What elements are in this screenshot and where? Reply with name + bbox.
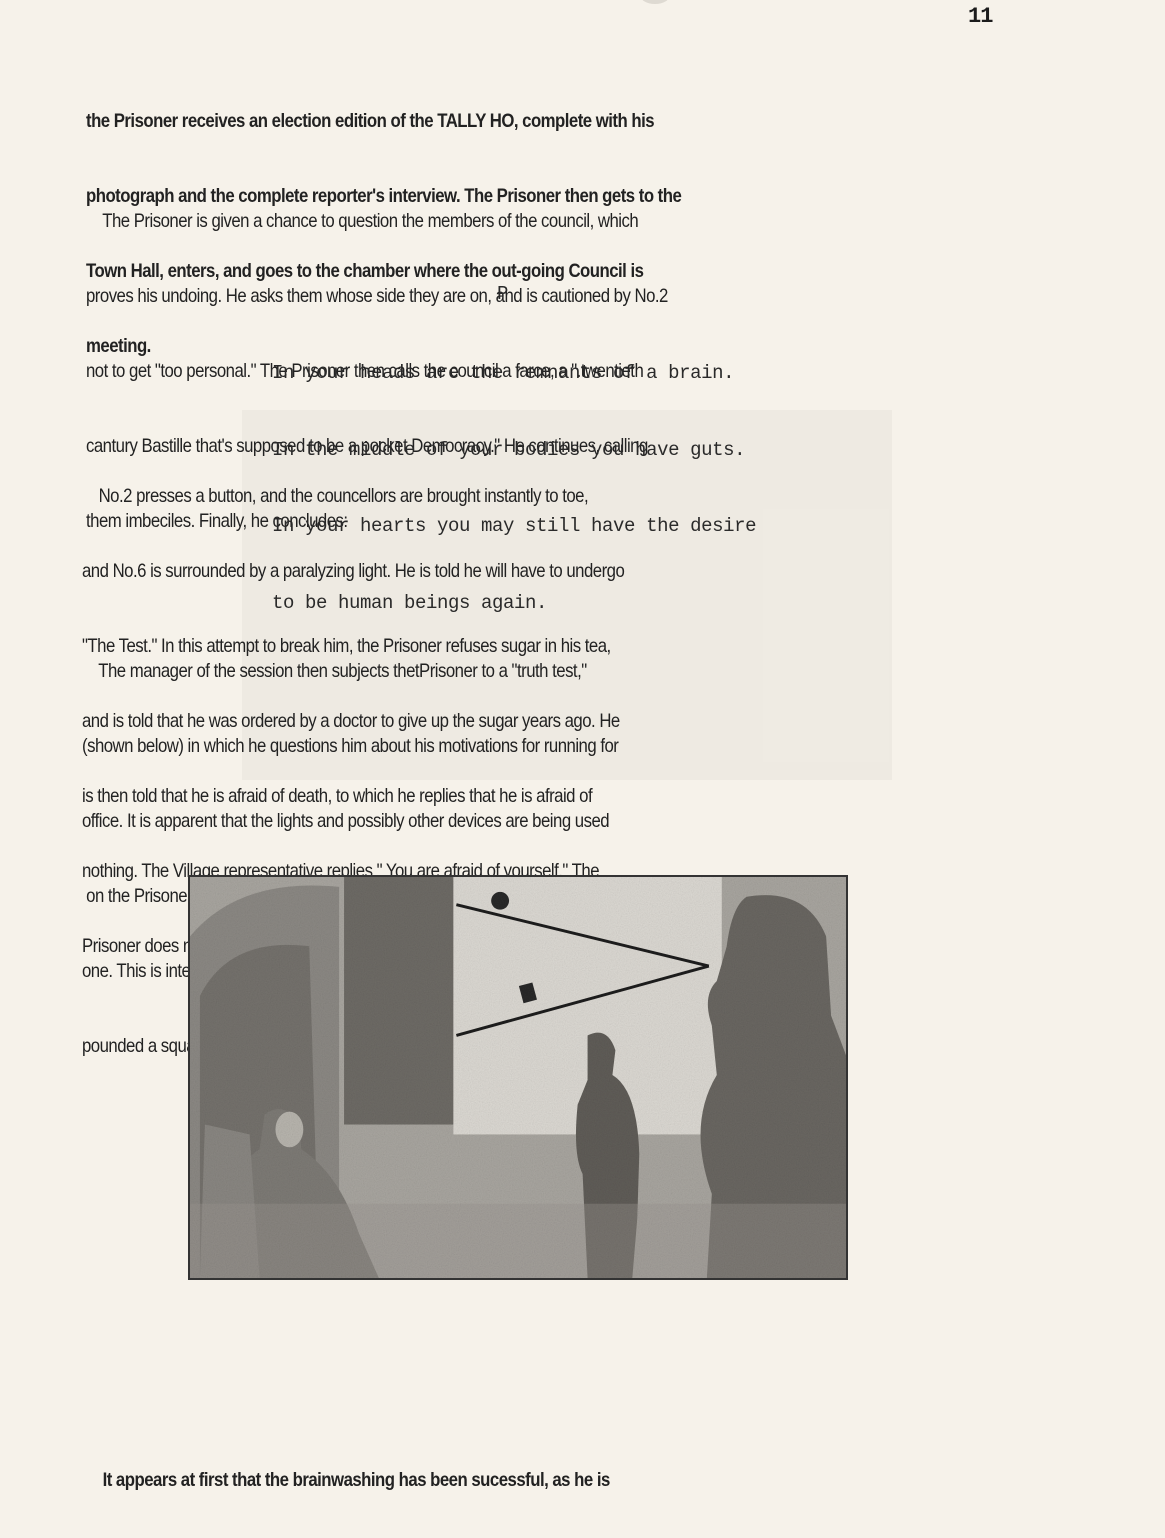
text-line: No.2 presses a button, and the councello…	[82, 484, 624, 509]
photo-illustration	[190, 877, 846, 1278]
text-line: and No.6 is surrounded by a paralyzing l…	[82, 559, 624, 584]
paragraph-closing: It appears at first that the brainwashin…	[86, 1418, 610, 1518]
text-line: proves his undoing. He asks them whose s…	[86, 284, 668, 309]
text-line: the Prisoner receives an election editio…	[86, 109, 681, 134]
text-line: The manager of the session then subjects…	[82, 659, 648, 684]
text-line: office. It is apparent that the lights a…	[82, 809, 648, 834]
page-smudge	[640, 0, 670, 4]
page-number: 11	[968, 4, 992, 29]
text-line: It appears at first that the brainwashin…	[86, 1468, 610, 1493]
text-line: The Prisoner is given a chance to questi…	[86, 209, 668, 234]
text-line: (shown below) in which he questions him …	[82, 734, 648, 759]
quote-line: In your heads are the remnants of a brai…	[272, 361, 756, 387]
quote-marker: P	[497, 283, 508, 305]
truth-test-photo	[188, 875, 848, 1280]
